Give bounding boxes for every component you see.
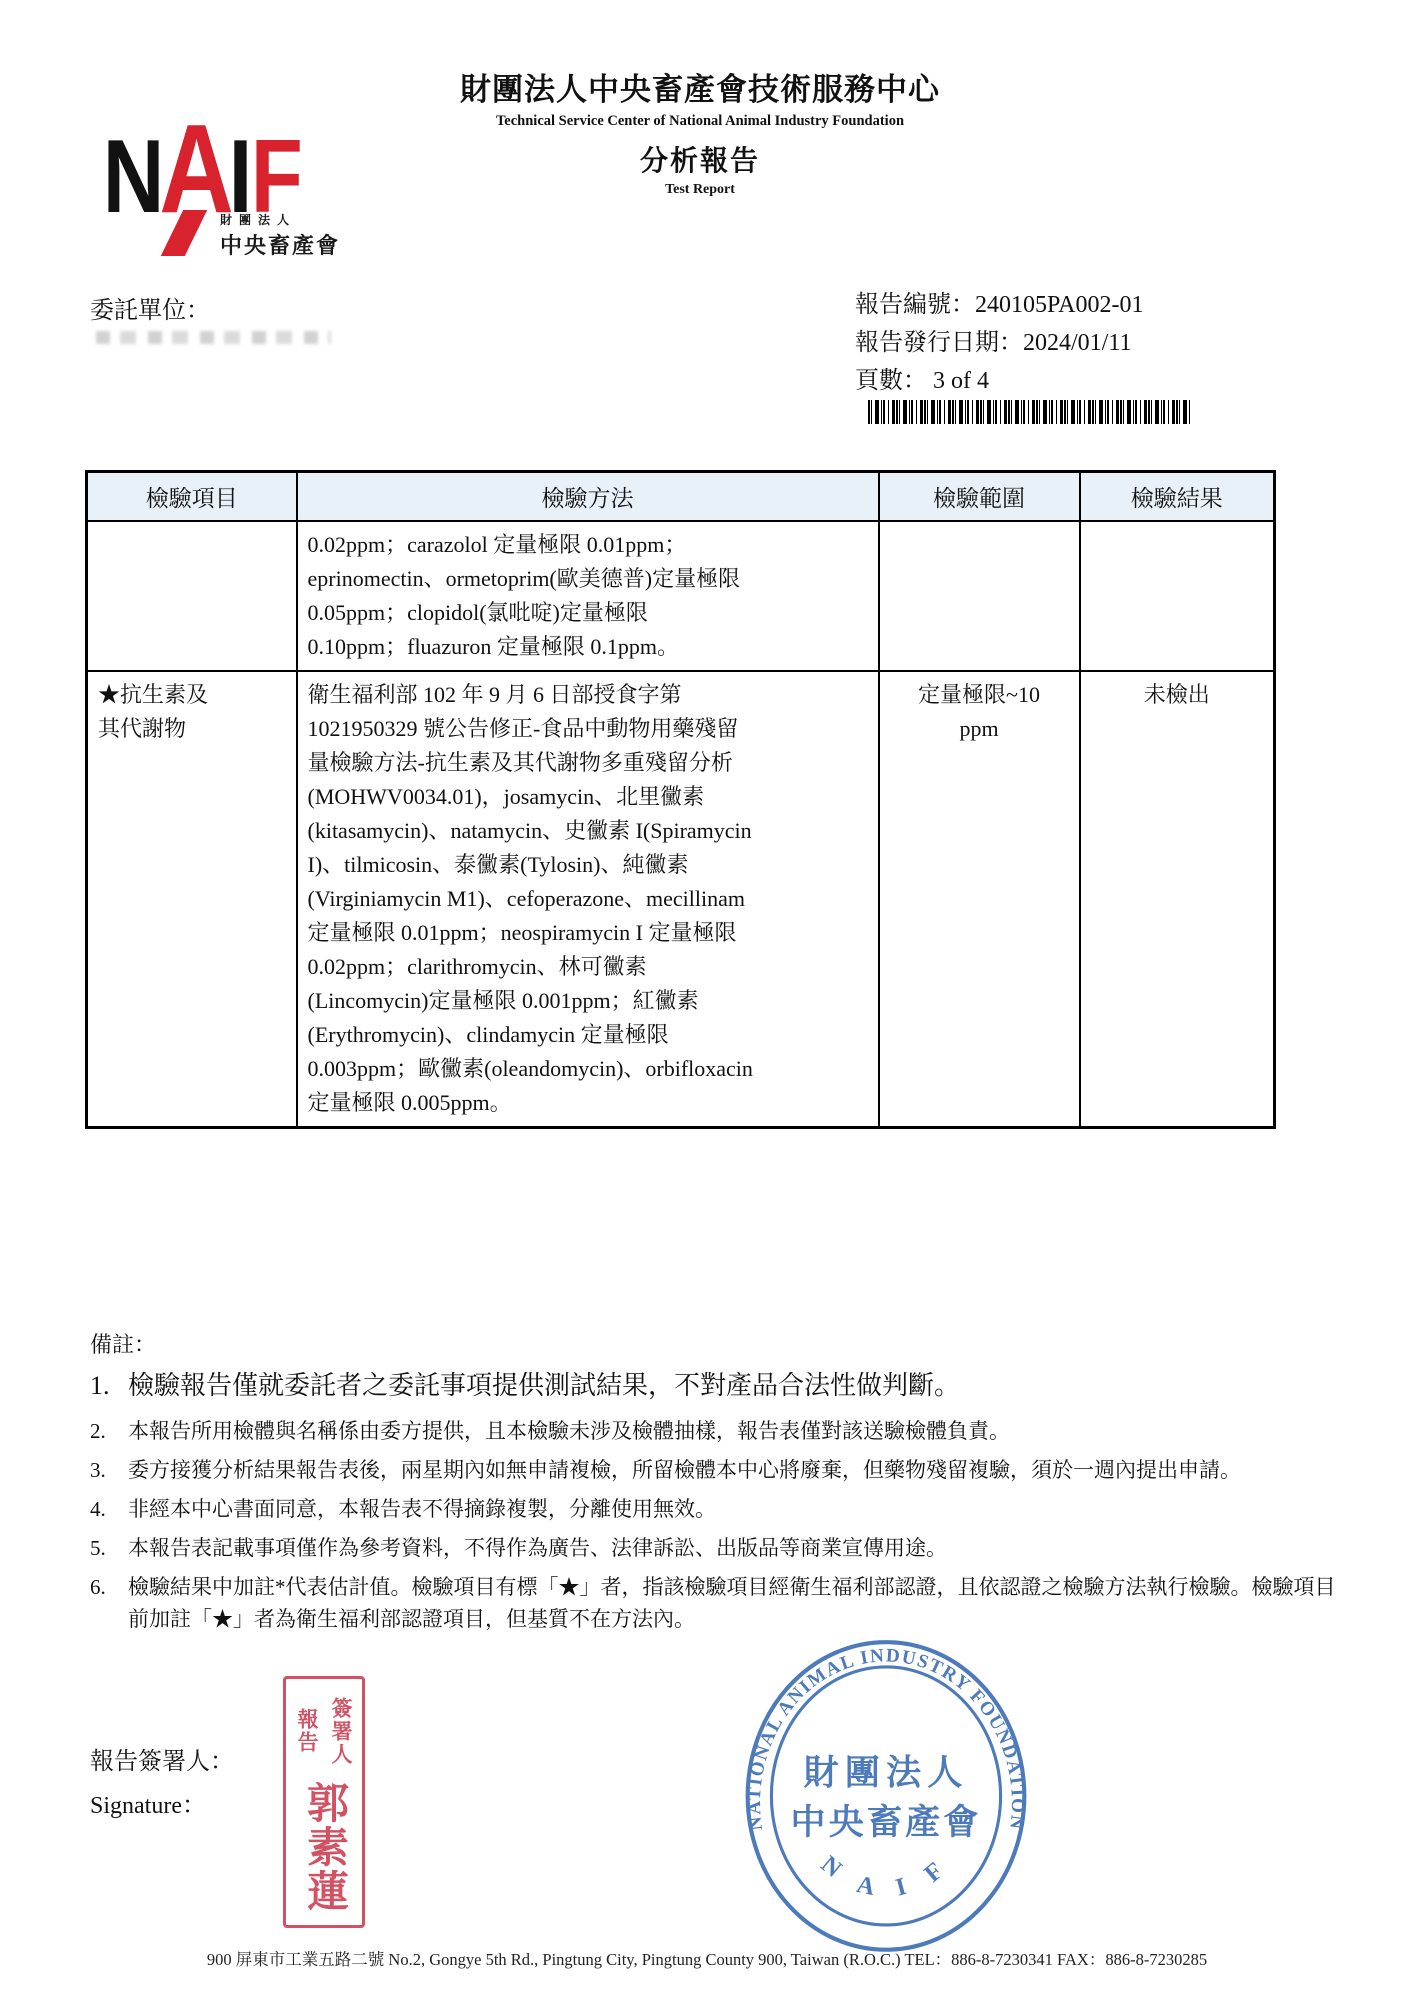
note-text: 委方接獲分析結果報告表後，兩星期內如無申請複檢，所留檢體本中心將廢棄，但藥物殘留…	[128, 1454, 1241, 1486]
report-meta: 報告編號：240105PA002-01 報告發行日期：2024/01/11 頁數…	[855, 286, 1143, 400]
cell-range-2: 定量極限~10 ppm	[879, 671, 1080, 1128]
note-number: 1.	[90, 1367, 128, 1405]
note-number: 5.	[90, 1532, 128, 1564]
red-stamp-col-right: 簽署人	[326, 1683, 356, 1779]
seal-bottom-text-wrap: N A I F	[816, 1851, 956, 1903]
issue-date-line: 報告發行日期：2024/01/11	[855, 324, 1143, 362]
report-number-value: 240105PA002-01	[975, 292, 1143, 318]
cell-method-1: 0.02ppm；carazolol 定量極限 0.01ppm； eprinome…	[297, 521, 879, 671]
note-number: 2.	[90, 1415, 128, 1447]
col-header-result: 檢驗結果	[1080, 472, 1275, 522]
note-text: 本報告表記載事項僅作為參考資料，不得作為廣告、法律訴訟、出版品等商業宣傳用途。	[128, 1532, 947, 1564]
logo-letter-f: F	[251, 137, 303, 218]
doc-title-en: Test Report	[330, 182, 1070, 198]
table-header-row: 檢驗項目 檢驗方法 檢驗範圍 檢驗結果	[87, 472, 1275, 522]
page-count-line: 頁數： 3 of 4	[855, 362, 1143, 400]
note-number: 4.	[90, 1493, 128, 1525]
client-name-redacted	[96, 331, 331, 344]
issue-date-label: 報告發行日期：	[855, 330, 1023, 356]
seal-center-line2: 中央畜產會	[791, 1803, 982, 1842]
col-header-item: 檢驗項目	[87, 472, 297, 522]
report-number-label: 報告編號：	[855, 292, 975, 318]
note-item-4: 4. 非經本中心書面同意，本報告表不得摘錄複製，分離使用無效。	[90, 1493, 1338, 1525]
note-item-5: 5. 本報告表記載事項僅作為參考資料，不得作為廣告、法律訴訟、出版品等商業宣傳用…	[90, 1532, 1338, 1564]
signer-label-zh: 報告簽署人：	[90, 1740, 234, 1784]
col-header-range: 檢驗範圍	[879, 472, 1080, 522]
logo-letter-i: I	[229, 137, 253, 218]
note-item-6: 6. 檢驗結果中加註*代表估計值。檢驗項目有標「★」者，指該檢驗項目經衛生福利部…	[90, 1571, 1338, 1635]
cell-item-1	[87, 521, 297, 671]
client-label: 委託單位：	[90, 290, 210, 325]
test-report-page: N A I F 財團法人 中央畜產會 財團法人中央畜產會技術服務中心 Techn…	[0, 0, 1414, 2000]
col-header-method: 檢驗方法	[297, 472, 879, 522]
cell-range-1	[879, 521, 1080, 671]
note-text: 本報告所用檢體與名稱係由委方提供，且本檢驗未涉及檢體抽樣，報告表僅對該送驗檢體負…	[128, 1415, 1010, 1447]
naif-logo: N A I F	[96, 100, 309, 218]
issue-date-value: 2024/01/11	[1023, 330, 1131, 356]
naif-blue-seal: NATIONAL ANIMAL INDUSTRY FOUNDATION N A …	[738, 1638, 1034, 1958]
logo-subtitle-small: 財團法人	[220, 211, 340, 228]
signature-labels: 報告簽署人： Signature：	[90, 1740, 234, 1828]
note-number: 6.	[90, 1571, 128, 1635]
logo-letter-n: N	[103, 137, 165, 218]
notes-title: 備註：	[90, 1328, 1338, 1359]
note-text: 檢驗報告僅就委託者之委託事項提供測試結果，不對產品合法性做判斷。	[128, 1367, 960, 1405]
page-count-label: 頁數：	[855, 368, 927, 394]
signer-label-en: Signature：	[90, 1784, 234, 1828]
cell-result-1	[1080, 521, 1275, 671]
cell-method-2: 衛生福利部 102 年 9 月 6 日部授食字第 1021950329 號公告修…	[297, 671, 879, 1128]
doc-title-zh: 分析報告	[330, 139, 1070, 179]
note-text: 檢驗結果中加註*代表估計值。檢驗項目有標「★」者，指該檢驗項目經衛生福利部認證，…	[128, 1571, 1338, 1635]
title-block: 財團法人中央畜產會技術服務中心 Technical Service Center…	[330, 64, 1070, 198]
note-text: 非經本中心書面同意，本報告表不得摘錄複製，分離使用無效。	[128, 1493, 716, 1525]
notes-section: 備註： 1. 檢驗報告僅就委託者之委託事項提供測試結果，不對產品合法性做判斷。 …	[90, 1328, 1338, 1642]
barcode	[868, 400, 1190, 424]
logo-subtitle-large: 中央畜產會	[220, 229, 340, 260]
page-count-value: 3 of 4	[933, 368, 989, 394]
red-stamp-title: 報告 簽署人	[288, 1683, 360, 1779]
red-stamp-col-left: 報告	[292, 1683, 322, 1779]
table-row: ★抗生素及 其代謝物 衛生福利部 102 年 9 月 6 日部授食字第 1021…	[87, 671, 1275, 1128]
table-row: 0.02ppm；carazolol 定量極限 0.01ppm； eprinome…	[87, 521, 1275, 671]
results-table: 檢驗項目 檢驗方法 檢驗範圍 檢驗結果 0.02ppm；carazolol 定量…	[85, 470, 1276, 1129]
seal-bottom-text: N A I F	[816, 1851, 956, 1903]
note-item-3: 3. 委方接獲分析結果報告表後，兩星期內如無申請複檢，所留檢體本中心將廢棄，但藥…	[90, 1454, 1338, 1486]
note-number: 3.	[90, 1454, 128, 1486]
seal-center-line1: 財團法人	[803, 1754, 968, 1793]
cell-item-2: ★抗生素及 其代謝物	[87, 671, 297, 1128]
red-stamp-signer-name: 郭素蓮	[303, 1781, 345, 1913]
footer-address: 900 屏東市工業五路二號 No.2, Gongye 5th Rd., Ping…	[0, 1946, 1414, 1970]
org-title-zh: 財團法人中央畜產會技術服務中心	[330, 64, 1070, 109]
note-item-1: 1. 檢驗報告僅就委託者之委託事項提供測試結果，不對產品合法性做判斷。	[90, 1367, 1338, 1405]
note-item-2: 2. 本報告所用檢體與名稱係由委方提供，且本檢驗未涉及檢體抽樣，報告表僅對該送驗…	[90, 1415, 1338, 1447]
signer-red-stamp: 報告 簽署人 郭素蓮	[283, 1676, 365, 1928]
logo-letter-a: A	[159, 120, 234, 218]
org-title-en: Technical Service Center of National Ani…	[330, 113, 1070, 130]
logo-subtitle: 財團法人 中央畜產會	[220, 211, 340, 260]
cell-result-2: 未檢出	[1080, 671, 1275, 1128]
report-number-line: 報告編號：240105PA002-01	[855, 286, 1143, 324]
